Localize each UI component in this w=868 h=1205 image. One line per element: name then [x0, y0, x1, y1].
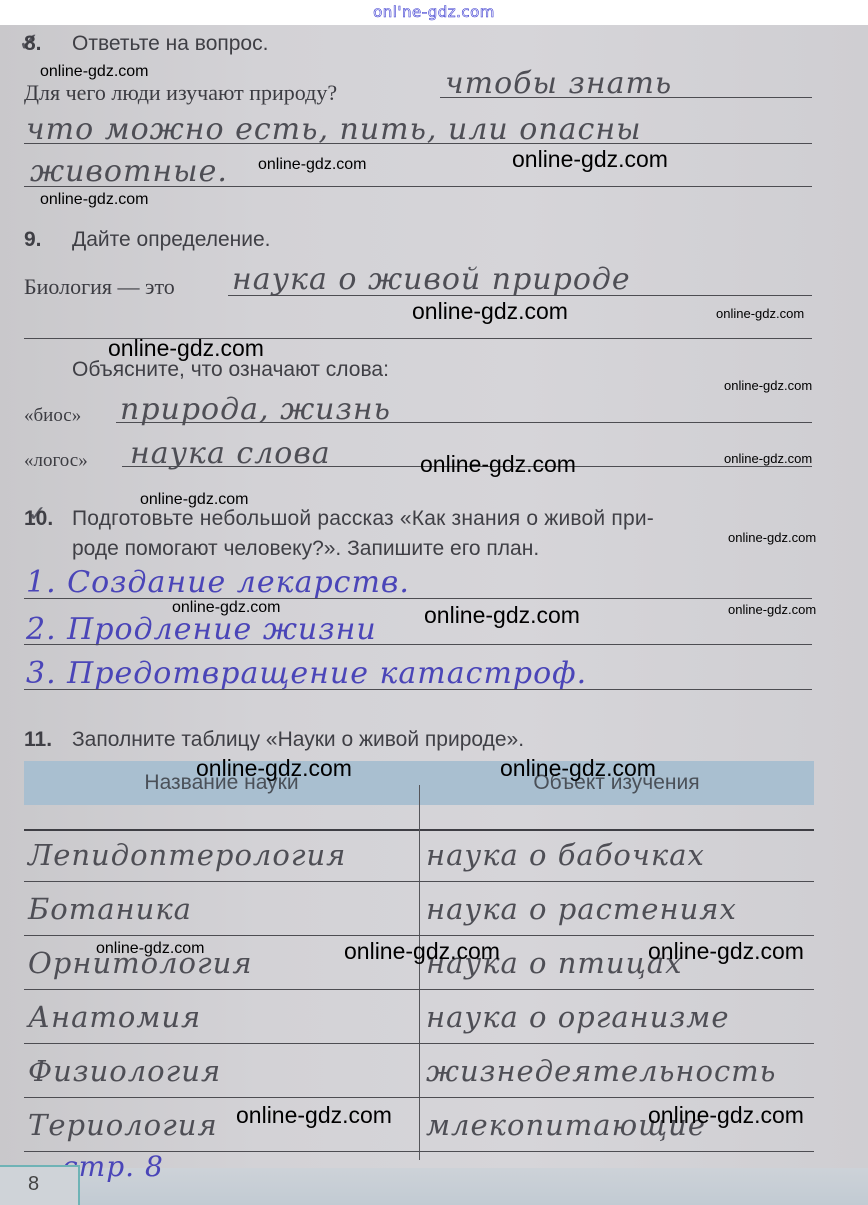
task11-number: 11.: [24, 728, 52, 752]
watermark: online-gdz.com: [196, 755, 352, 782]
table-cell-science: Териология: [28, 1108, 218, 1142]
watermark: online-gdz.com: [258, 156, 367, 174]
task10-title-line-1: Подготовьте небольшой рассказ «Как знани…: [72, 507, 654, 531]
answer-line: [116, 422, 812, 423]
watermark: online-gdz.com: [412, 298, 568, 325]
watermark: online-gdz.com: [96, 940, 205, 958]
watermark: online-gdz.com: [500, 755, 656, 782]
table-row-rule: [24, 881, 814, 882]
table-row-rule: [24, 989, 814, 990]
page-number-box: 8: [0, 1165, 80, 1205]
task8-title: Ответьте на вопрос.: [72, 32, 268, 56]
watermark: online-gdz.com: [40, 63, 149, 81]
word-label-logos: «логос»: [24, 450, 88, 472]
word-label-bios: «биос»: [24, 405, 81, 427]
watermark: online-gdz.com: [424, 602, 580, 629]
table-cell-science: Анатомия: [28, 1000, 201, 1034]
watermark: online-gdz.com: [172, 599, 281, 617]
watermark: online-gdz.com: [648, 1102, 804, 1129]
task9-definition-label: Биология — это: [24, 274, 175, 300]
table-cell-object: наука о бабочках: [426, 838, 705, 872]
task11-title: Заполните таблицу «Науки о живой природе…: [72, 728, 524, 752]
answer-line: [440, 97, 812, 98]
watermark: online-gdz.com: [344, 938, 500, 965]
task8-answer-line-2: что можно есть, пить, или опасны: [26, 112, 642, 147]
task9-title: Дайте определение.: [72, 228, 271, 252]
task8-question: Для чего люди изучают природу?: [24, 80, 337, 106]
table-cell-science: Лепидоптерология: [28, 838, 346, 872]
answer-line: [24, 644, 812, 645]
header-watermark: onl'ne-gdz.com: [373, 3, 495, 21]
plan-item-1: 1. Создание лекарств.: [26, 565, 410, 600]
watermark: online-gdz.com: [108, 335, 264, 362]
watermark: online-gdz.com: [724, 378, 812, 393]
task10-title-line-2: роде помогают человеку?». Запишите его п…: [72, 537, 539, 561]
answer-line: [228, 295, 812, 296]
answer-line: [24, 186, 812, 187]
watermark: online-gdz.com: [724, 451, 812, 466]
page-number: 8: [28, 1173, 39, 1196]
answer-line: [24, 598, 812, 599]
task10-number: 10.: [24, 507, 53, 531]
watermark: online-gdz.com: [40, 191, 149, 209]
task9-number: 9.: [24, 228, 42, 252]
watermark: online-gdz.com: [648, 938, 804, 965]
answer-line: [24, 689, 812, 690]
watermark: online-gdz.com: [512, 146, 668, 173]
task8-answer-line-3: животные.: [30, 154, 228, 189]
task8-answer-line-1: чтобы знать: [445, 66, 672, 101]
page-bottom-strip: [80, 1168, 868, 1205]
table-cell-object: наука о растениях: [426, 892, 737, 926]
watermark: online-gdz.com: [140, 491, 249, 509]
table-cell-science: Ботаника: [28, 892, 192, 926]
table-cell-science: Физиология: [28, 1054, 221, 1088]
table-cell-object: жизнедеятельность: [426, 1054, 776, 1088]
answer-line: [24, 143, 812, 144]
task8-number: 8.: [24, 32, 42, 56]
watermark: online-gdz.com: [716, 306, 804, 321]
watermark: online-gdz.com: [728, 530, 816, 545]
watermark: online-gdz.com: [728, 602, 816, 617]
site-header: onl'ne-gdz.com: [0, 0, 868, 25]
table-column-divider: [419, 785, 420, 1160]
task9-definition-answer: наука о живой природе: [232, 262, 631, 297]
table-row-rule: [24, 1097, 814, 1098]
watermark: online-gdz.com: [236, 1102, 392, 1129]
table-row-rule: [24, 1043, 814, 1044]
watermark: online-gdz.com: [420, 451, 576, 478]
plan-item-3: 3. Предотвращение катастроф.: [26, 656, 587, 691]
table-cell-object: наука о организме: [426, 1000, 730, 1034]
plan-item-2: 2. Продление жизни: [26, 612, 377, 647]
table-row-rule: [24, 935, 814, 936]
